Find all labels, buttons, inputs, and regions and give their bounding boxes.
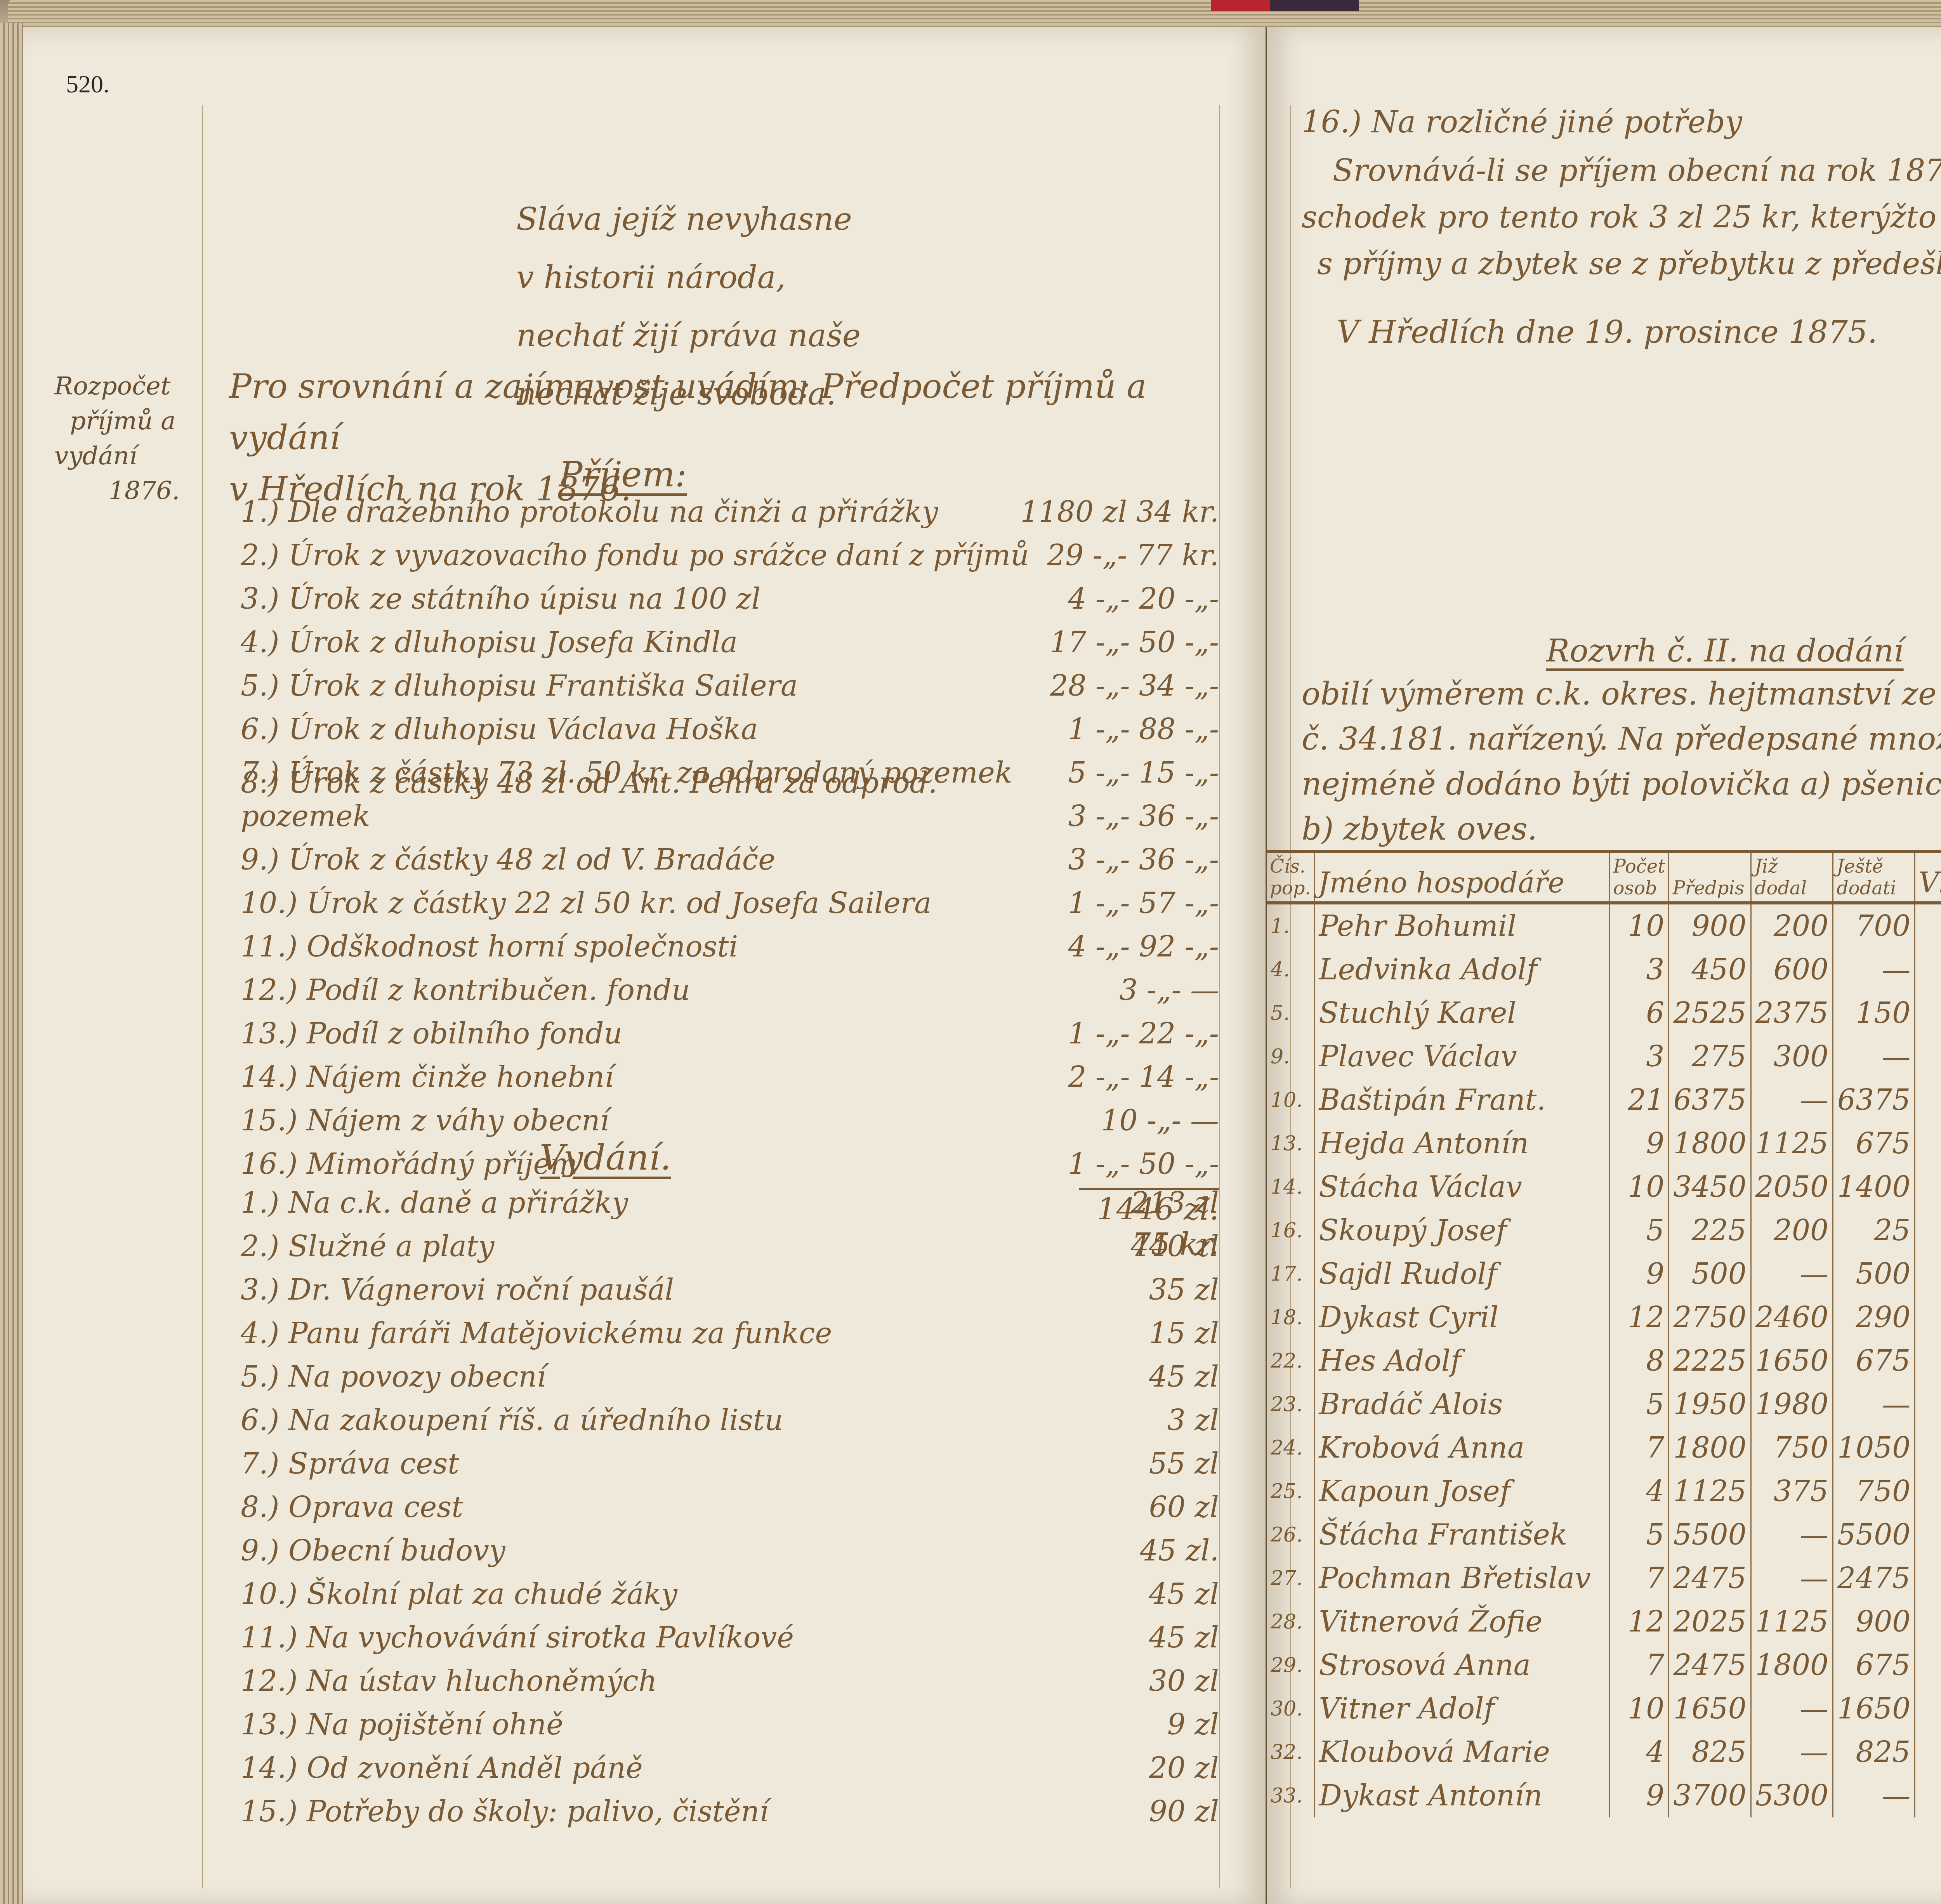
cell-delivered: — bbox=[1751, 1513, 1833, 1557]
cell-house-number: 16. bbox=[1267, 1209, 1314, 1252]
cell-prescribed: 3700 bbox=[1669, 1774, 1751, 1817]
cell-delivered: — bbox=[1751, 1687, 1833, 1730]
cell-prescribed: 1800 bbox=[1669, 1426, 1751, 1470]
table-row: 30. Vitner Adolf 10 1650 — 1650 bbox=[1267, 1687, 1941, 1730]
cell-remaining: — bbox=[1833, 1383, 1915, 1426]
expense-item: 3.) Dr. Vágnerovi roční paušál35 zl bbox=[241, 1263, 1219, 1307]
cell-signature bbox=[1915, 1557, 1941, 1600]
expense-item: 5.) Na povozy obecní45 zl bbox=[241, 1350, 1219, 1394]
grain-quota-table: Čís. pop. Jméno hospodáře Počet osob Pře… bbox=[1267, 850, 1941, 1817]
cell-remaining: 150 bbox=[1833, 991, 1915, 1035]
cell-remaining: 900 bbox=[1833, 1600, 1915, 1644]
cell-delivered: 750 bbox=[1751, 1426, 1833, 1470]
income-item: 2.) Úrok z vyvazovacího fondu po srážce … bbox=[241, 529, 1219, 572]
expense-item: 4.) Panu faráři Matějovickému za funkce1… bbox=[241, 1307, 1219, 1350]
col-remaining: Ještě dodati bbox=[1833, 852, 1915, 903]
grain-instructions: obilí výměrem c.k. okres. hejtmanství ze… bbox=[1302, 672, 1941, 852]
cell-farmer-name: Plavec Václav bbox=[1314, 1035, 1609, 1078]
table-row: 16. Skoupý Josef 5 225 200 25 bbox=[1267, 1209, 1941, 1252]
cell-prescribed: 1950 bbox=[1669, 1383, 1751, 1426]
cell-persons: 8 bbox=[1609, 1339, 1669, 1383]
cell-remaining: 1050 bbox=[1833, 1426, 1915, 1470]
page-number: 520. bbox=[66, 70, 109, 99]
table-row: 26. Šťácha František 5 5500 — 5500 bbox=[1267, 1513, 1941, 1557]
cell-persons: 7 bbox=[1609, 1644, 1669, 1687]
cell-house-number: 5. bbox=[1267, 991, 1314, 1035]
cell-delivered: 375 bbox=[1751, 1470, 1833, 1513]
cell-farmer-name: Dykast Cyril bbox=[1314, 1296, 1609, 1339]
cell-house-number: 29. bbox=[1267, 1644, 1314, 1687]
cell-farmer-name: Bradáč Alois bbox=[1314, 1383, 1609, 1426]
cell-signature bbox=[1915, 1513, 1941, 1557]
cell-prescribed: 2750 bbox=[1669, 1296, 1751, 1339]
expense-item: 9.) Obecní budovy45 zl. bbox=[241, 1524, 1219, 1567]
table-row: 24. Krobová Anna 7 1800 750 1050 bbox=[1267, 1426, 1941, 1470]
cell-persons: 5 bbox=[1609, 1383, 1669, 1426]
expense-item: 1.) Na c.k. daně a přirážky213 zl bbox=[241, 1176, 1219, 1220]
expense-item: 11.) Na vychovávání sirotka Pavlíkové45 … bbox=[241, 1611, 1219, 1654]
cell-house-number: 22. bbox=[1267, 1339, 1314, 1383]
cell-persons: 4 bbox=[1609, 1470, 1669, 1513]
cell-remaining: 750 bbox=[1833, 1470, 1915, 1513]
cell-prescribed: 2225 bbox=[1669, 1339, 1751, 1383]
expense-item: 8.) Oprava cest60 zl bbox=[241, 1481, 1219, 1524]
cell-persons: 5 bbox=[1609, 1209, 1669, 1252]
cell-farmer-name: Pochman Břetislav bbox=[1314, 1557, 1609, 1600]
income-item: 14.) Nájem činže honební2 -„- 14 -„- bbox=[241, 1050, 1219, 1094]
table-row: 33. Dykast Antonín 9 3700 5300 — bbox=[1267, 1774, 1941, 1817]
cell-farmer-name: Hejda Antonín bbox=[1314, 1122, 1609, 1165]
cell-remaining: 700 bbox=[1833, 903, 1915, 948]
margin-rule bbox=[202, 105, 203, 1888]
expense-item: 6.) Na zakoupení říš. a úředního listu3 … bbox=[241, 1394, 1219, 1437]
cell-signature bbox=[1915, 948, 1941, 991]
cell-persons: 10 bbox=[1609, 1165, 1669, 1209]
cell-prescribed: 6375 bbox=[1669, 1078, 1751, 1122]
table-row: 27. Pochman Břetislav 7 2475 — 2475 bbox=[1267, 1557, 1941, 1600]
cell-delivered: 200 bbox=[1751, 903, 1833, 948]
cell-farmer-name: Sajdl Rudolf bbox=[1314, 1252, 1609, 1296]
cell-house-number: 4. bbox=[1267, 948, 1314, 991]
page-edges-left bbox=[0, 23, 23, 1904]
col-signature: Vlastnoruční podpis bbox=[1915, 852, 1941, 903]
table-row: 5. Stuchlý Karel 6 2525 2375 150 bbox=[1267, 991, 1941, 1035]
cell-signature bbox=[1915, 1122, 1941, 1165]
cell-delivered: 5300 bbox=[1751, 1774, 1833, 1817]
cell-remaining: — bbox=[1833, 948, 1915, 991]
cell-prescribed: 3450 bbox=[1669, 1165, 1751, 1209]
cell-farmer-name: Hes Adolf bbox=[1314, 1339, 1609, 1383]
margin-note-budget: Rozpočet příjmů a vydání 1876. bbox=[54, 369, 180, 509]
cell-delivered: 1980 bbox=[1751, 1383, 1833, 1426]
cell-persons: 5 bbox=[1609, 1513, 1669, 1557]
cell-signature bbox=[1915, 991, 1941, 1035]
cell-farmer-name: Vitnerová Žofie bbox=[1314, 1600, 1609, 1644]
cell-signature bbox=[1915, 1774, 1941, 1817]
cell-house-number: 25. bbox=[1267, 1470, 1314, 1513]
cell-delivered: 1650 bbox=[1751, 1339, 1833, 1383]
income-item: 1.) Dle dražebního protokolu na činži a … bbox=[241, 485, 1219, 529]
cell-house-number: 24. bbox=[1267, 1426, 1314, 1470]
expense-item: 15.) Potřeby do školy: palivo, čistění90… bbox=[241, 1785, 1219, 1828]
cell-remaining: 675 bbox=[1833, 1122, 1915, 1165]
cell-farmer-name: Kapoun Josef bbox=[1314, 1470, 1609, 1513]
cell-remaining: — bbox=[1833, 1035, 1915, 1078]
cell-farmer-name: Šťácha František bbox=[1314, 1513, 1609, 1557]
cell-persons: 10 bbox=[1609, 903, 1669, 948]
cell-signature bbox=[1915, 1078, 1941, 1122]
cell-persons: 9 bbox=[1609, 1774, 1669, 1817]
cell-house-number: 26. bbox=[1267, 1513, 1314, 1557]
cell-persons: 9 bbox=[1609, 1252, 1669, 1296]
col-house-number: Čís. pop. bbox=[1267, 852, 1314, 903]
expense-item: 2.) Služné a platy440 zl bbox=[241, 1220, 1219, 1263]
cell-prescribed: 1800 bbox=[1669, 1122, 1751, 1165]
cell-house-number: 27. bbox=[1267, 1557, 1314, 1600]
cell-house-number: 10. bbox=[1267, 1078, 1314, 1122]
cell-farmer-name: Ledvinka Adolf bbox=[1314, 948, 1609, 991]
cell-delivered: 2375 bbox=[1751, 991, 1833, 1035]
table-row: 10. Baštipán Frant. 21 6375 — 6375 bbox=[1267, 1078, 1941, 1122]
cell-delivered: 2050 bbox=[1751, 1165, 1833, 1209]
cell-persons: 4 bbox=[1609, 1730, 1669, 1774]
cell-signature bbox=[1915, 1383, 1941, 1426]
cell-prescribed: 825 bbox=[1669, 1730, 1751, 1774]
cell-signature bbox=[1915, 1252, 1941, 1296]
table-row: 23. Bradáč Alois 5 1950 1980 — bbox=[1267, 1383, 1941, 1426]
cell-delivered: — bbox=[1751, 1730, 1833, 1774]
table-row: 18. Dykast Cyril 12 2750 2460 290 bbox=[1267, 1296, 1941, 1339]
cell-signature bbox=[1915, 1296, 1941, 1339]
cell-delivered: 200 bbox=[1751, 1209, 1833, 1252]
table-row: 32. Kloubová Marie 4 825 — 825 bbox=[1267, 1730, 1941, 1774]
cell-remaining: 1650 bbox=[1833, 1687, 1915, 1730]
cell-prescribed: 2475 bbox=[1669, 1557, 1751, 1600]
income-item: 15.) Nájem z váhy obecní10 -„- — bbox=[241, 1094, 1219, 1137]
bookmark-ribbon bbox=[1211, 0, 1359, 11]
cell-delivered: 600 bbox=[1751, 948, 1833, 991]
cell-remaining: 1400 bbox=[1833, 1165, 1915, 1209]
grain-heading: Rozvrh č. II. na dodání bbox=[1546, 633, 1904, 669]
cell-remaining: 675 bbox=[1833, 1339, 1915, 1383]
expense-item: 7.) Správa cest55 zl bbox=[241, 1437, 1219, 1481]
cell-remaining: 2475 bbox=[1833, 1557, 1915, 1600]
cell-farmer-name: Pehr Bohumil bbox=[1314, 903, 1609, 948]
income-item: 5.) Úrok z dluhopisu Františka Sailera28… bbox=[241, 659, 1219, 703]
cell-remaining: — bbox=[1833, 1774, 1915, 1817]
cell-farmer-name: Stuchlý Karel bbox=[1314, 991, 1609, 1035]
income-item: 9.) Úrok z částky 48 zl od V. Bradáče3 -… bbox=[241, 833, 1219, 876]
ledger-book: 520. Rozpočet příjmů a vydání 1876. Sláv… bbox=[0, 0, 1941, 1904]
date-line: V Hředlích dne 19. prosince 1875. bbox=[1337, 307, 1877, 358]
cell-delivered: — bbox=[1751, 1252, 1833, 1296]
cell-signature bbox=[1915, 1600, 1941, 1644]
cell-signature bbox=[1915, 1687, 1941, 1730]
cell-prescribed: 900 bbox=[1669, 903, 1751, 948]
cell-prescribed: 500 bbox=[1669, 1252, 1751, 1296]
cell-remaining: 25 bbox=[1833, 1209, 1915, 1252]
cell-persons: 12 bbox=[1609, 1600, 1669, 1644]
expense-item: 14.) Od zvonění Anděl páně20 zl bbox=[241, 1741, 1219, 1785]
col-persons: Počet osob bbox=[1609, 852, 1669, 903]
cell-persons: 12 bbox=[1609, 1296, 1669, 1339]
income-item: 11.) Odškodnost horní společnosti4 -„- 9… bbox=[241, 920, 1219, 963]
cell-farmer-name: Strosová Anna bbox=[1314, 1644, 1609, 1687]
cell-signature bbox=[1915, 1035, 1941, 1078]
expense-item: 13.) Na pojištění ohně9 zl bbox=[241, 1698, 1219, 1741]
cell-delivered: 300 bbox=[1751, 1035, 1833, 1078]
expenses-heading: Vydání. bbox=[540, 1137, 671, 1178]
table-row: 22. Hes Adolf 8 2225 1650 675 bbox=[1267, 1339, 1941, 1383]
cell-signature bbox=[1915, 903, 1941, 948]
cell-delivered: — bbox=[1751, 1557, 1833, 1600]
cell-remaining: 5500 bbox=[1833, 1513, 1915, 1557]
cell-house-number: 30. bbox=[1267, 1687, 1314, 1730]
cell-farmer-name: Kloubová Marie bbox=[1314, 1730, 1609, 1774]
cell-farmer-name: Dykast Antonín bbox=[1314, 1774, 1609, 1817]
cell-farmer-name: Krobová Anna bbox=[1314, 1426, 1609, 1470]
budget-conclusion: Srovnává-li se příjem obecní na rok 1876… bbox=[1302, 148, 1941, 287]
cell-persons: 7 bbox=[1609, 1426, 1669, 1470]
income-list: 1.) Dle dražebního protokolu na činži a … bbox=[241, 485, 1219, 1181]
table-row: 25. Kapoun Josef 4 1125 375 750 bbox=[1267, 1470, 1941, 1513]
cell-prescribed: 2025 bbox=[1669, 1600, 1751, 1644]
cell-delivered: 1125 bbox=[1751, 1122, 1833, 1165]
income-item: 10.) Úrok z částky 22 zl 50 kr. od Josef… bbox=[241, 876, 1219, 920]
cell-signature bbox=[1915, 1339, 1941, 1383]
cell-persons: 3 bbox=[1609, 1035, 1669, 1078]
income-item: 8.) Úrok z částky 48 zl od Ant. Pehra za… bbox=[241, 790, 1219, 833]
income-item: 12.) Podíl z kontribučen. fondu3 -„- — bbox=[241, 963, 1219, 1007]
cell-delivered: — bbox=[1751, 1078, 1833, 1122]
cell-house-number: 9. bbox=[1267, 1035, 1314, 1078]
cell-prescribed: 450 bbox=[1669, 948, 1751, 991]
expense-item: 12.) Na ústav hluchoněmých30 zl bbox=[241, 1654, 1219, 1698]
cell-signature bbox=[1915, 1730, 1941, 1774]
table-row: 29. Strosová Anna 7 2475 1800 675 bbox=[1267, 1644, 1941, 1687]
col-delivered: Již dodal bbox=[1751, 852, 1833, 903]
table-row: 13. Hejda Antonín 9 1800 1125 675 bbox=[1267, 1122, 1941, 1165]
cell-farmer-name: Baštipán Frant. bbox=[1314, 1078, 1609, 1122]
cell-farmer-name: Stácha Václav bbox=[1314, 1165, 1609, 1209]
cell-remaining: 6375 bbox=[1833, 1078, 1915, 1122]
income-item: 13.) Podíl z obilního fondu1 -„- 22 -„- bbox=[241, 1007, 1219, 1050]
cell-remaining: 290 bbox=[1833, 1296, 1915, 1339]
col-prescribed: Předpis bbox=[1669, 852, 1751, 903]
cell-prescribed: 5500 bbox=[1669, 1513, 1751, 1557]
cell-farmer-name: Vitner Adolf bbox=[1314, 1687, 1609, 1730]
col-farmer-name: Jméno hospodáře bbox=[1314, 852, 1609, 903]
cell-remaining: 825 bbox=[1833, 1730, 1915, 1774]
table-row: 4. Ledvinka Adolf 3 450 600 — bbox=[1267, 948, 1941, 991]
table-row: 14. Stácha Václav 10 3450 2050 1400 bbox=[1267, 1165, 1941, 1209]
cell-persons: 3 bbox=[1609, 948, 1669, 991]
expenses-list: 1.) Na c.k. daně a přirážky213 zl 2.) Sl… bbox=[241, 1176, 1219, 1828]
cell-delivered: 2460 bbox=[1751, 1296, 1833, 1339]
cell-house-number: 28. bbox=[1267, 1600, 1314, 1644]
cell-signature bbox=[1915, 1165, 1941, 1209]
cell-house-number: 17. bbox=[1267, 1252, 1314, 1296]
cell-persons: 10 bbox=[1609, 1687, 1669, 1730]
cell-persons: 21 bbox=[1609, 1078, 1669, 1122]
cell-persons: 9 bbox=[1609, 1122, 1669, 1165]
cell-house-number: 32. bbox=[1267, 1730, 1314, 1774]
cell-delivered: 1800 bbox=[1751, 1644, 1833, 1687]
expense-item: 10.) Školní plat za chudé žáky45 zl bbox=[241, 1567, 1219, 1611]
cell-signature bbox=[1915, 1470, 1941, 1513]
table-row: 17. Sajdl Rudolf 9 500 — 500 bbox=[1267, 1252, 1941, 1296]
right-page: 521. 16.) Na rozličné jiné potřeby 300 z… bbox=[1267, 27, 1941, 1904]
cell-house-number: 23. bbox=[1267, 1383, 1314, 1426]
table-row: 9. Plavec Václav 3 275 300 — bbox=[1267, 1035, 1941, 1078]
cell-prescribed: 2525 bbox=[1669, 991, 1751, 1035]
cell-house-number: 13. bbox=[1267, 1122, 1314, 1165]
cell-prescribed: 1650 bbox=[1669, 1687, 1751, 1730]
left-page: 520. Rozpočet příjmů a vydání 1876. Sláv… bbox=[23, 27, 1267, 1904]
cell-remaining: 675 bbox=[1833, 1644, 1915, 1687]
cell-signature bbox=[1915, 1209, 1941, 1252]
cell-prescribed: 275 bbox=[1669, 1035, 1751, 1078]
cell-house-number: 14. bbox=[1267, 1165, 1314, 1209]
cell-remaining: 500 bbox=[1833, 1252, 1915, 1296]
cell-persons: 7 bbox=[1609, 1557, 1669, 1600]
income-item: 16.) Mimořádný příjem1 -„- 50 -„- bbox=[241, 1137, 1219, 1181]
expense-item-16: 16.) Na rozličné jiné potřeby 300 zl. 14… bbox=[1302, 105, 1941, 140]
cell-prescribed: 1125 bbox=[1669, 1470, 1751, 1513]
income-item: 6.) Úrok z dluhopisu Václava Hoška1 -„- … bbox=[241, 703, 1219, 746]
cell-prescribed: 225 bbox=[1669, 1209, 1751, 1252]
income-item: 3.) Úrok ze státního úpisu na 100 zl4 -„… bbox=[241, 572, 1219, 616]
income-item: 4.) Úrok z dluhopisu Josefa Kindla17 -„-… bbox=[241, 616, 1219, 659]
table-row: 28. Vitnerová Žofie 12 2025 1125 900 bbox=[1267, 1600, 1941, 1644]
cell-house-number: 33. bbox=[1267, 1774, 1314, 1817]
cell-persons: 6 bbox=[1609, 991, 1669, 1035]
table-header-row: Čís. pop. Jméno hospodáře Počet osob Pře… bbox=[1267, 852, 1941, 903]
cell-house-number: 1. bbox=[1267, 903, 1314, 948]
cell-signature bbox=[1915, 1644, 1941, 1687]
cell-delivered: 1125 bbox=[1751, 1600, 1833, 1644]
table-row: 1. Pehr Bohumil 10 900 200 700 bbox=[1267, 903, 1941, 948]
cell-farmer-name: Skoupý Josef bbox=[1314, 1209, 1609, 1252]
cell-house-number: 18. bbox=[1267, 1296, 1314, 1339]
cell-prescribed: 2475 bbox=[1669, 1644, 1751, 1687]
cell-signature bbox=[1915, 1426, 1941, 1470]
